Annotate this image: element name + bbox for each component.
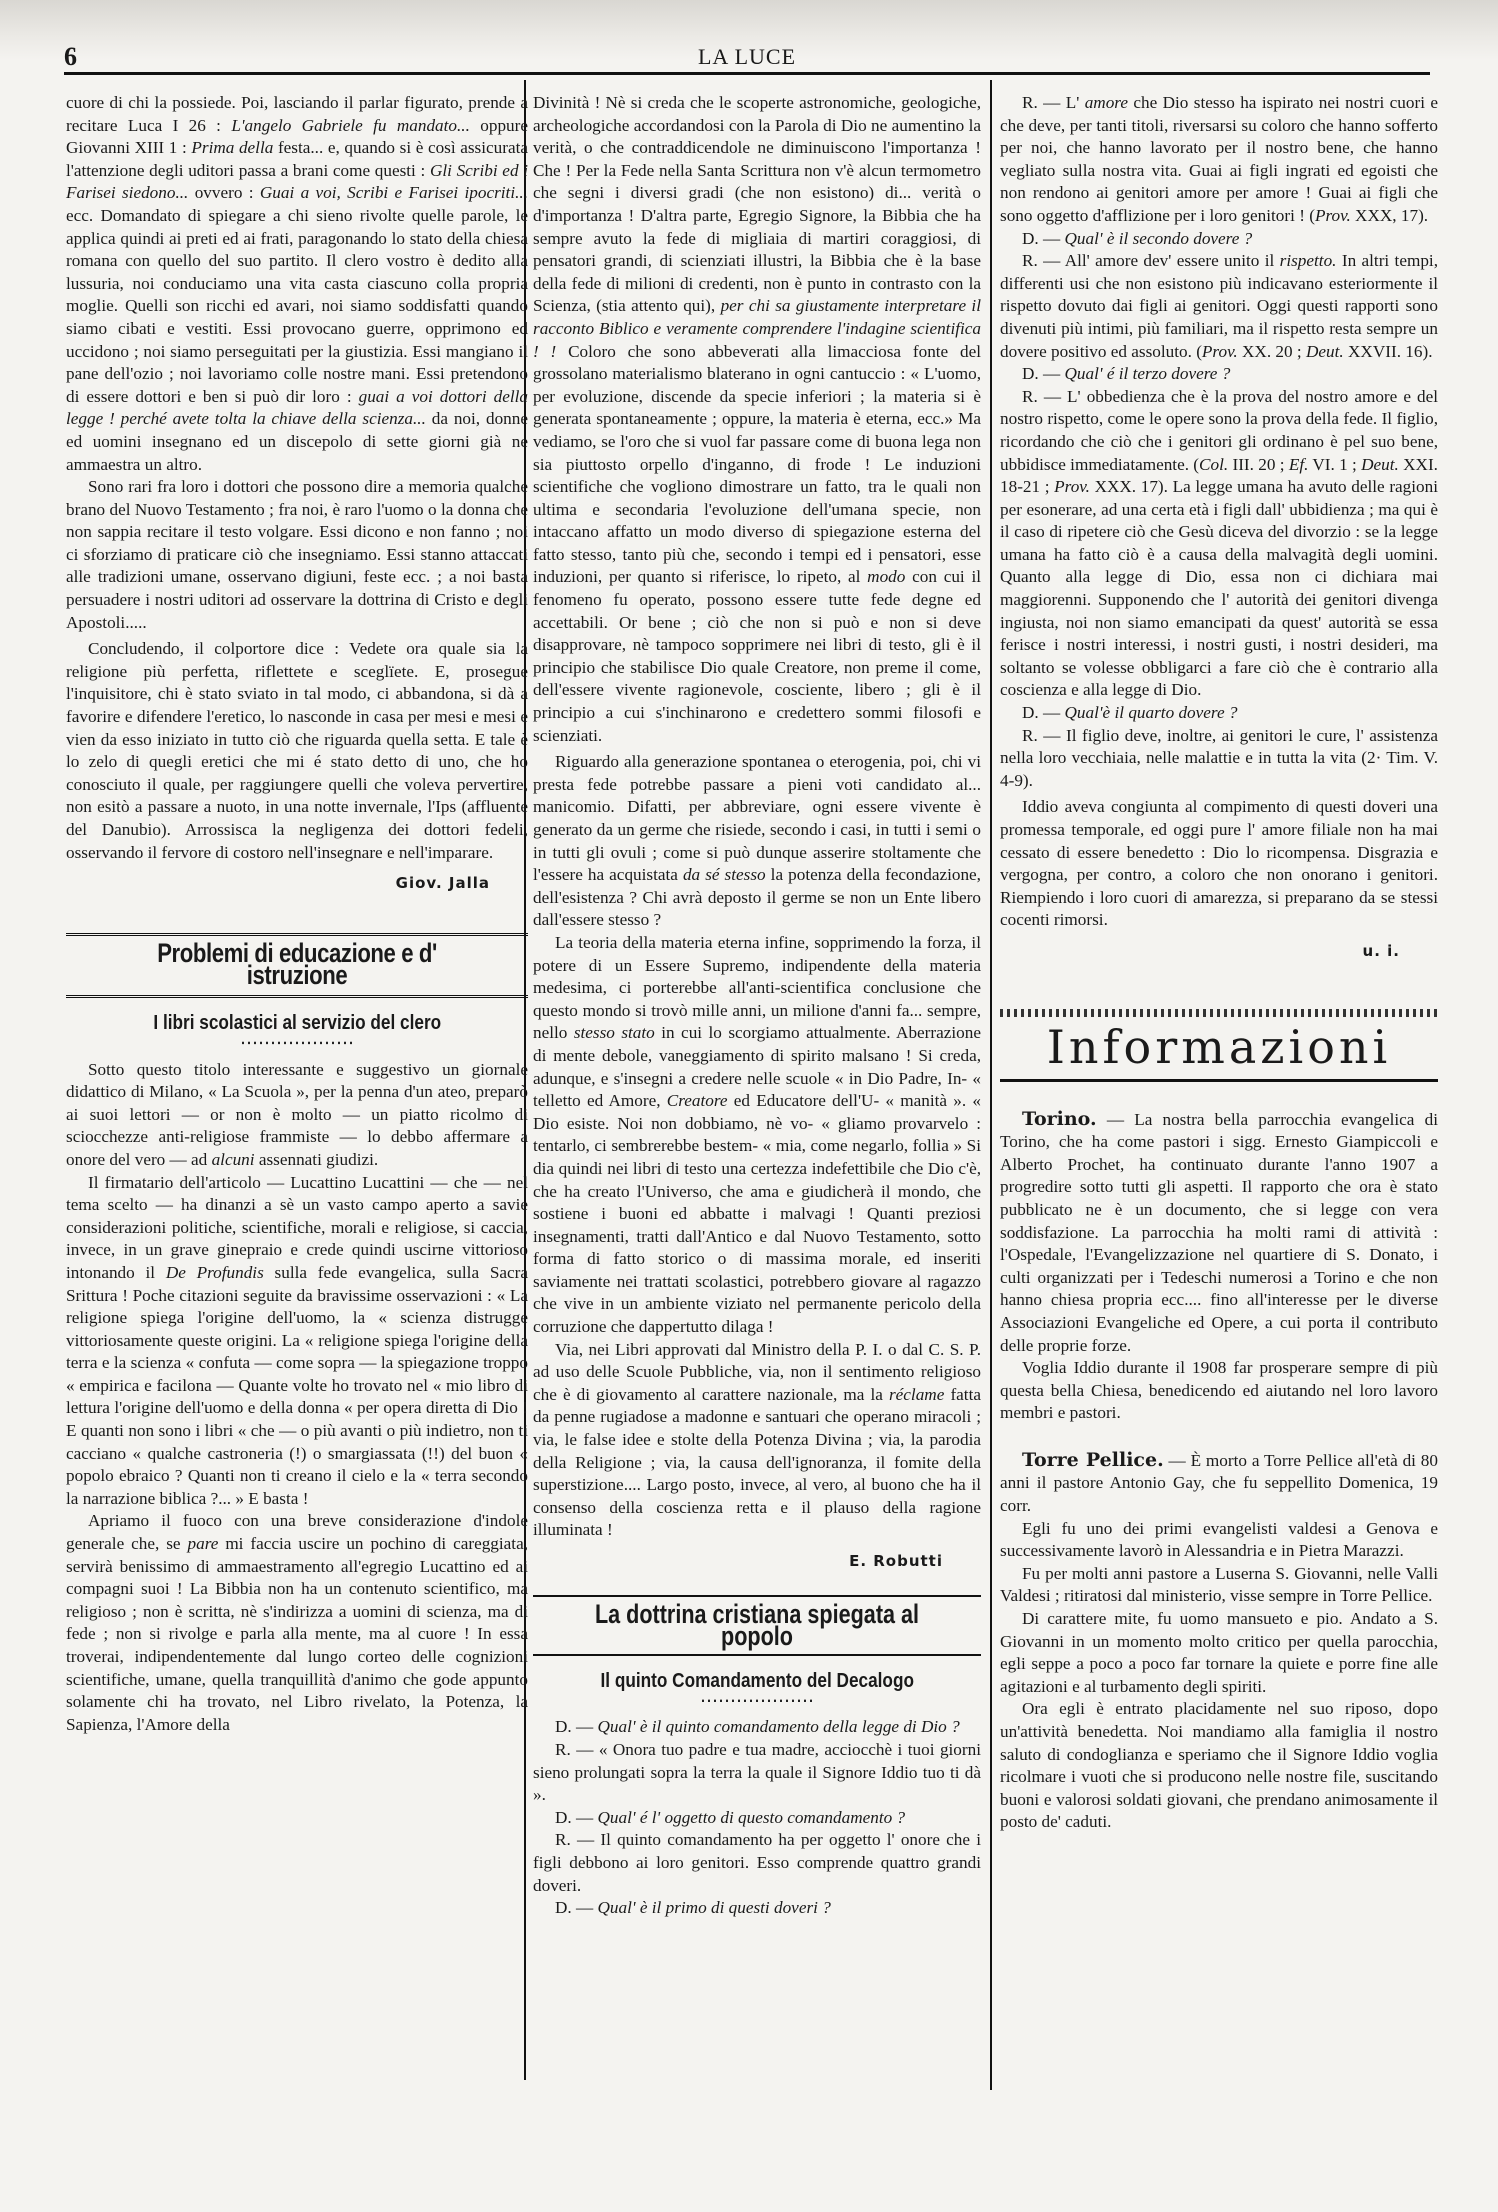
catechism-question: D. — Qual' é l' oggetto di questo comand… xyxy=(533,1807,981,1830)
italic-text: Ef. xyxy=(1289,455,1309,474)
paragraph: Egli fu uno dei primi evangelisti valdes… xyxy=(1000,1518,1438,1563)
text-run: con cui il fenomeno fu operato, possono … xyxy=(533,567,981,744)
paragraph: Apriamo il fuoco con una breve considera… xyxy=(66,1510,528,1736)
section-title: La dottrina cristiana spiegata al popolo xyxy=(533,1597,981,1656)
italic-text: da sé stesso xyxy=(683,865,766,884)
text-run: assennati giudizi. xyxy=(255,1150,379,1169)
news-place: Torre Pellice. xyxy=(1022,1449,1164,1471)
italic-text: Col. xyxy=(1199,455,1228,474)
text-run: D. — xyxy=(555,1898,598,1917)
page-header: 6 LA LUCE xyxy=(64,42,1430,72)
header-rule xyxy=(64,72,1430,75)
catechism-answer: R. — All' amore dev' essere unito il ris… xyxy=(1000,250,1438,363)
signature: Giov. Jalla xyxy=(66,872,528,895)
catechism-question: D. — Qual' é il terzo dovere ? xyxy=(1000,363,1438,386)
italic-text: Creatore xyxy=(667,1091,728,1110)
text-run: ovvero : xyxy=(188,183,260,202)
text-run: Egli fu uno dei primi evangelisti valdes… xyxy=(1000,1519,1438,1561)
left-column: cuore di chi la possiede. Poi, lasciando… xyxy=(66,92,528,1736)
text-run: Coloro che sono abbeverati alla limaccio… xyxy=(533,342,981,587)
right-column: R. — L' amore che Dio stesso ha ispirato… xyxy=(1000,92,1438,1834)
signature: u. i. xyxy=(1000,940,1438,963)
article-continued: cuore di chi la possiede. Poi, lasciando… xyxy=(66,92,528,895)
text-run: D. — xyxy=(1022,364,1065,383)
signature: E. Robutti xyxy=(533,1550,981,1573)
article-title: Il quinto Comandamento del Decalogo xyxy=(533,1670,981,1693)
paragraph: Torre Pellice. — È morto a Torre Pellice… xyxy=(1000,1449,1438,1518)
catechism-answer: R. — Il figlio deve, inoltre, ai genitor… xyxy=(1000,725,1438,793)
paragraph: La teoria della materia eterna infine, s… xyxy=(533,932,981,1339)
italic-text: Qual' é il terzo dovere ? xyxy=(1065,364,1231,383)
text-run: III. 20 ; xyxy=(1228,455,1289,474)
text-run: D. — xyxy=(1022,703,1065,722)
italic-text: L'angelo Gabriele fu mandato... xyxy=(231,116,470,135)
text-run: Iddio aveva congiunta al compimento di q… xyxy=(1000,797,1438,929)
text-run: Di carattere mite, fu uomo mansueto e pi… xyxy=(1000,1609,1438,1696)
text-run: Concludendo, il colportore dice : Vedete… xyxy=(66,639,528,861)
article-title: I libri scolastici al servizio del clero xyxy=(66,1012,528,1035)
text-run: D. — xyxy=(555,1717,598,1736)
italic-text: amore xyxy=(1085,93,1128,112)
paragraph: Voglia Iddio durante il 1908 far prosper… xyxy=(1000,1357,1438,1425)
text-run: XXX. 17). La legge umana ha avuto delle … xyxy=(1000,477,1438,699)
text-run: R. — L' xyxy=(1022,93,1085,112)
catechism-question: D. — Qual' è il secondo dovere ? xyxy=(1000,228,1438,251)
italic-text: Deut. xyxy=(1306,342,1344,361)
text-run: Sono rari fra loro i dottori che possono… xyxy=(66,477,528,632)
paragraph: Iddio aveva congiunta al compimento di q… xyxy=(1000,796,1438,932)
text-run: R. — Il figlio deve, inoltre, ai genitor… xyxy=(1000,726,1438,790)
text-run: XX. 20 ; xyxy=(1238,342,1306,361)
article-body: Sotto questo titolo interessante e sugge… xyxy=(66,1059,528,1737)
italic-text: alcuni xyxy=(212,1150,255,1169)
catechism-answer: R. — « Onora tuo padre e tua madre, acci… xyxy=(533,1739,981,1807)
paragraph: Sono rari fra loro i dottori che possono… xyxy=(66,476,528,634)
text-run: Fu per molti anni pastore a Luserna S. G… xyxy=(1000,1564,1438,1606)
text-run: D. — xyxy=(1022,229,1065,248)
wavy-divider xyxy=(702,1696,812,1704)
italic-text: pare xyxy=(188,1534,219,1553)
text-run: XXX, 17). xyxy=(1351,206,1428,225)
section-rule xyxy=(1000,1079,1438,1082)
catechism-answer: R. — Il quinto comandamento ha per ogget… xyxy=(533,1829,981,1897)
paragraph: Il firmatario dell'articolo — Lucattino … xyxy=(66,1172,528,1511)
paragraph: Torino. — La nostra bella parrocchia eva… xyxy=(1000,1108,1438,1358)
paragraph: Concludendo, il colportore dice : Vedete… xyxy=(66,638,528,864)
news-place: Torino. xyxy=(1022,1108,1097,1130)
text-run: R. — « Onora tuo padre e tua madre, acci… xyxy=(533,1740,981,1804)
italic-text: Qual' è il secondo dovere ? xyxy=(1065,229,1253,248)
italic-text: Qual' è il primo di questi doveri ? xyxy=(598,1898,831,1917)
text-run: fatta da penne rugiadose a madonne e san… xyxy=(533,1385,981,1540)
text-run: VI. 1 ; xyxy=(1308,455,1361,474)
catechism-question: D. — Qual' è il primo di questi doveri ? xyxy=(533,1897,981,1920)
italic-text: Prima della xyxy=(191,138,273,157)
text-run: ed Educatore dell'U- « manità ». « Dio e… xyxy=(533,1091,981,1336)
paragraph: Via, nei Libri approvati dal Ministro de… xyxy=(533,1339,981,1542)
news-item-torino: Torino. — La nostra bella parrocchia eva… xyxy=(1000,1108,1438,1425)
text-run: R. — All' amore dev' essere unito il xyxy=(1022,251,1280,270)
italic-text: De Profundis xyxy=(166,1263,264,1282)
text-run: XXVII. 16). xyxy=(1344,342,1433,361)
catechism-question: D. — Qual'è il quarto dovere ? xyxy=(1000,702,1438,725)
italic-text: Guai a voi, Scribi e Farisei ipocriti... xyxy=(260,183,528,202)
catechism-answer: R. — L' amore che Dio stesso ha ispirato… xyxy=(1000,92,1438,228)
paragraph: Divinità ! Nè si creda che le scoperte a… xyxy=(533,92,981,747)
catechism-question: D. — Qual' è il quinto comandamento dell… xyxy=(533,1716,981,1739)
column-divider-right xyxy=(990,80,992,2090)
text-run: Divinità ! Nè si creda che le scoperte a… xyxy=(533,93,981,315)
italic-text: Qual'è il quarto dovere ? xyxy=(1065,703,1238,722)
italic-text: stesso stato xyxy=(574,1023,655,1042)
masthead: LA LUCE xyxy=(64,44,1430,70)
section-title: Informazioni xyxy=(1000,1019,1438,1075)
italic-text: Prov. xyxy=(1315,206,1351,225)
text-run: ecc. Domandato di spiegare a chi sieno r… xyxy=(66,206,528,406)
paragraph: Ora egli è entrato placidamente nel suo … xyxy=(1000,1698,1438,1834)
text-run: mi faccia uscire un pochino di careggiat… xyxy=(66,1534,528,1734)
italic-text: rispetto. xyxy=(1280,251,1337,270)
text-run: Ora egli è entrato placidamente nel suo … xyxy=(1000,1699,1438,1831)
text-run: R. — Il quinto comandamento ha per ogget… xyxy=(533,1830,981,1894)
section-title: Problemi di educazione e d' istruzione xyxy=(108,942,487,987)
text-run: Voglia Iddio durante il 1908 far prosper… xyxy=(1000,1358,1438,1422)
paragraph: Di carattere mite, fu uomo mansueto e pi… xyxy=(1000,1608,1438,1698)
text-run: D. — xyxy=(555,1808,598,1827)
article-continued: Divinità ! Nè si creda che le scoperte a… xyxy=(533,92,981,1573)
italic-text: modo xyxy=(867,567,905,586)
italic-text: Prov. xyxy=(1202,342,1238,361)
paragraph: cuore di chi la possiede. Poi, lasciando… xyxy=(66,92,528,476)
paragraph: Riguardo alla generazione spontanea o et… xyxy=(533,751,981,932)
section-header: Problemi di educazione e d' istruzione xyxy=(66,933,528,998)
italic-text: Prov. xyxy=(1054,477,1090,496)
catechism-continued: R. — L' amore che Dio stesso ha ispirato… xyxy=(1000,92,1438,963)
paragraph: Fu per molti anni pastore a Luserna S. G… xyxy=(1000,1563,1438,1608)
italic-text: Qual' è il quinto comandamento della leg… xyxy=(598,1717,960,1736)
catechism-answer: R. — L' obbedienza che è la prova del no… xyxy=(1000,386,1438,702)
italic-text: Qual' é l' oggetto di questo comandament… xyxy=(598,1808,906,1827)
paragraph: Sotto questo titolo interessante e sugge… xyxy=(66,1059,528,1172)
wavy-divider xyxy=(242,1039,352,1047)
italic-text: réclame xyxy=(889,1385,944,1404)
middle-column: Divinità ! Nè si creda che le scoperte a… xyxy=(533,92,981,1920)
italic-text: Deut. xyxy=(1361,455,1399,474)
wavy-divider xyxy=(1000,1009,1438,1017)
news-item-torre-pellice: Torre Pellice. — È morto a Torre Pellice… xyxy=(1000,1449,1438,1834)
text-run: — La nostra bella parrocchia evangelica … xyxy=(1000,1110,1438,1355)
text-run: sulla fede evangelica, sulla Sacra Sritt… xyxy=(66,1263,528,1508)
spacer xyxy=(1000,1425,1438,1449)
catechism: D. — Qual' è il quinto comandamento dell… xyxy=(533,1716,981,1919)
